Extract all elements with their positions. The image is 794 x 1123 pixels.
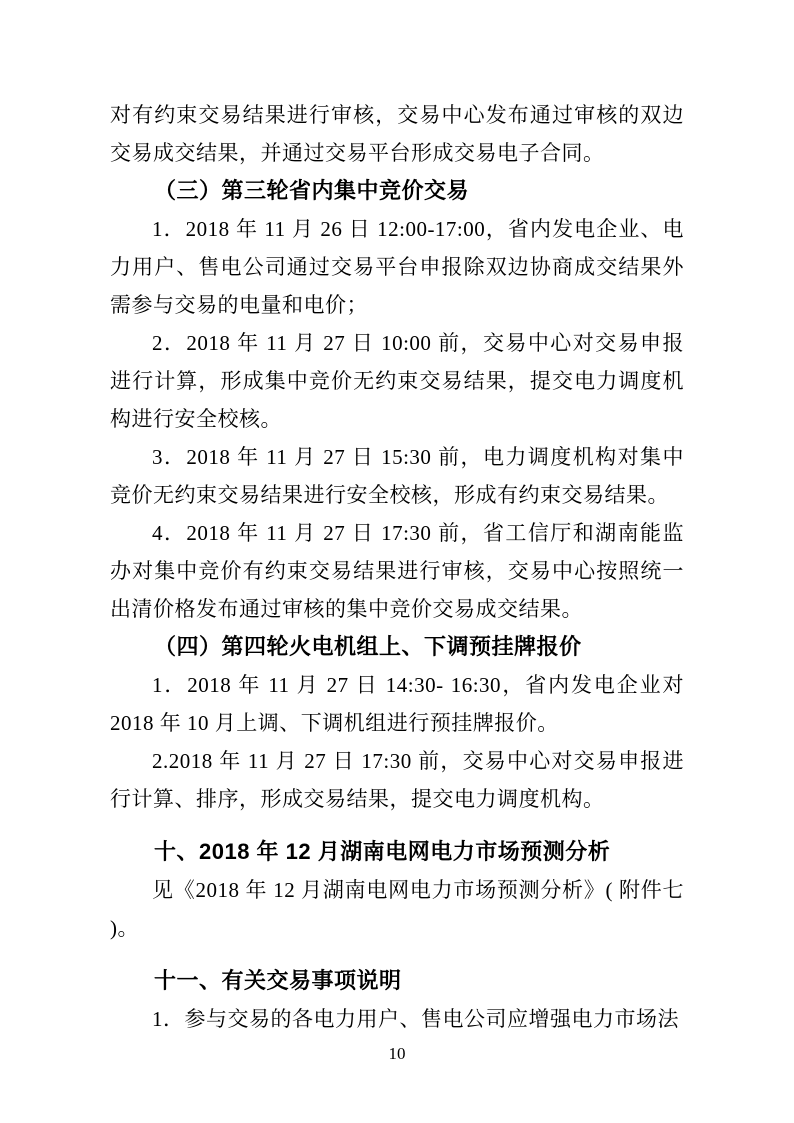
section-3-item-2: 2．2018 年 11 月 27 日 10:00 前，交易中心对交易申报进行计算… — [110, 324, 684, 438]
section-11-item-1: 1．参与交易的各电力用户、售电公司应增强电力市场法 — [110, 1000, 684, 1038]
document-page: 对有约束交易结果进行审核，交易中心发布通过审核的双边交易成交结果，并通过交易平台… — [0, 0, 794, 1123]
section-3-item-3: 3．2018 年 11 月 27 日 15:30 前，电力调度机构对集中竞价无约… — [110, 438, 684, 514]
paragraph-continuation: 对有约束交易结果进行审核，交易中心发布通过审核的双边交易成交结果，并通过交易平台… — [110, 96, 684, 172]
page-number: 10 — [0, 1042, 794, 1066]
section-4-item-1: 1．2018 年 11 月 27 日 14:30- 16:30，省内发电企业对 … — [110, 666, 684, 742]
section-3-item-1: 1．2018 年 11 月 26 日 12:00-17:00，省内发电企业、电力… — [110, 210, 684, 324]
heading-section-4: （四）第四轮火电机组上、下调预挂牌报价 — [110, 628, 684, 666]
heading-section-11: 十一、有关交易事项说明 — [110, 962, 684, 1000]
heading-section-10: 十、2018 年 12 月湖南电网电力市场预测分析 — [110, 833, 684, 871]
section-3-item-4: 4．2018 年 11 月 27 日 17:30 前，省工信厅和湖南能监办对集中… — [110, 514, 684, 628]
document-body: 对有约束交易结果进行审核，交易中心发布通过审核的双边交易成交结果，并通过交易平台… — [110, 96, 684, 1038]
section-10-reference: 见《2018 年 12 月湖南电网电力市场预测分析》( 附件七 )。 — [110, 871, 684, 947]
heading-section-3: （三）第三轮省内集中竞价交易 — [110, 172, 684, 210]
section-4-item-2: 2.2018 年 11 月 27 日 17:30 前，交易中心对交易申报进行计算… — [110, 742, 684, 818]
